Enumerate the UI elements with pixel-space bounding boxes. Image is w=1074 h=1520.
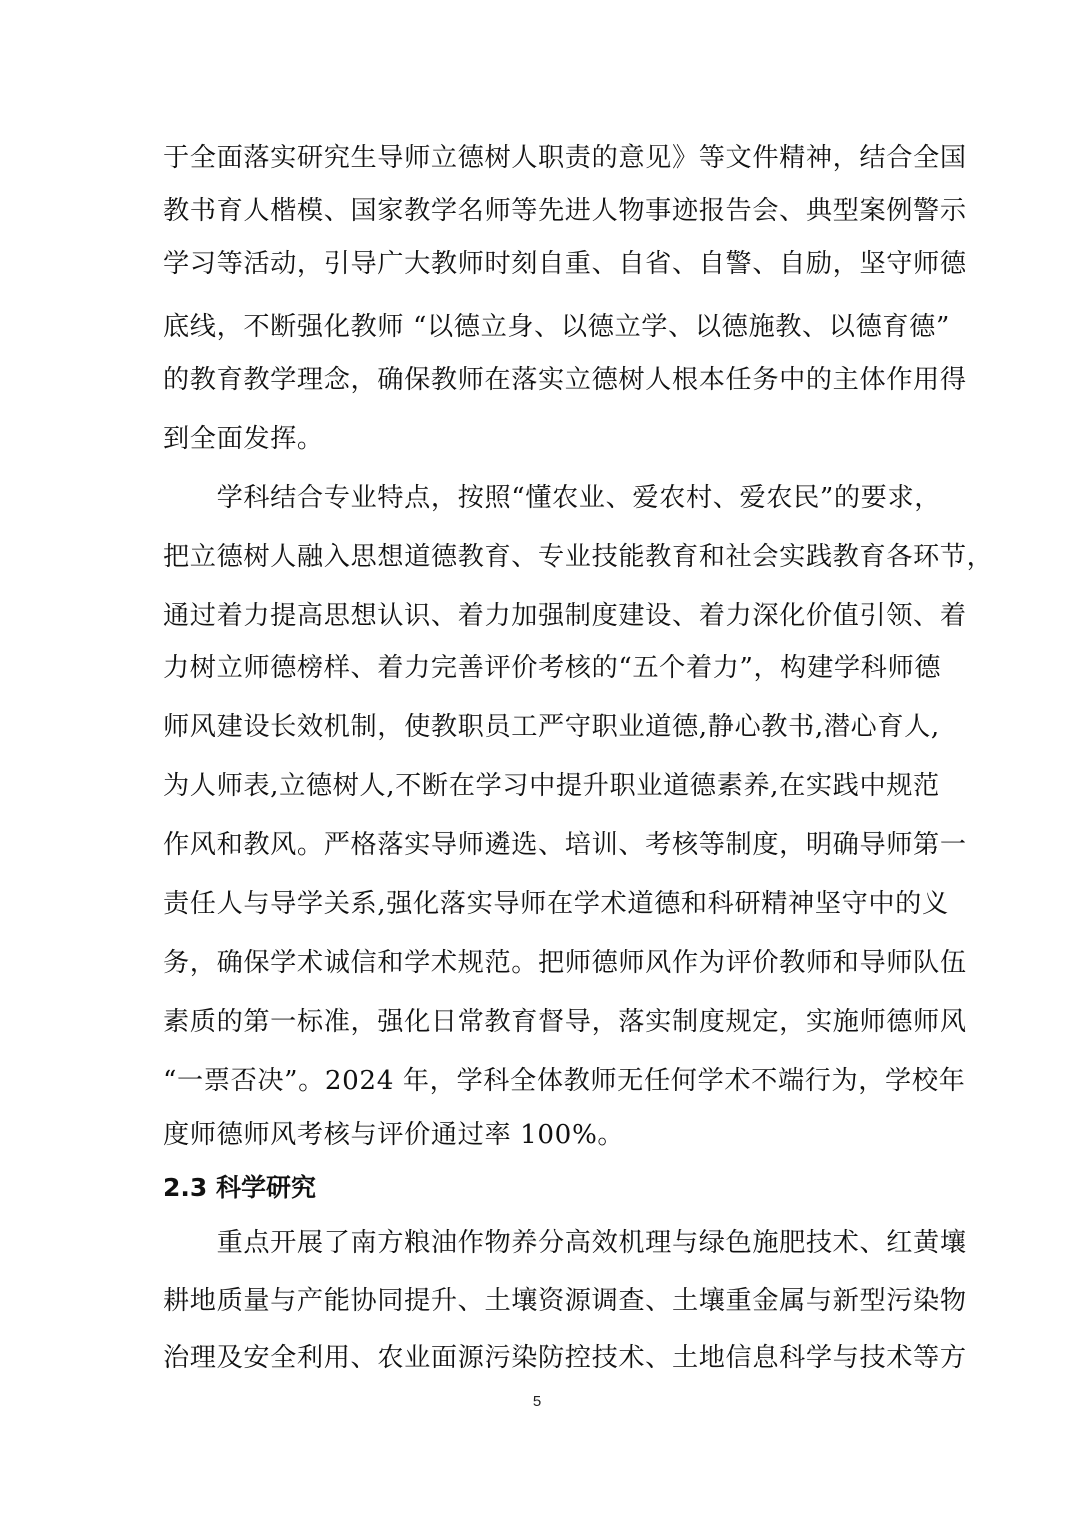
paragraph-line: “一票否决”。2024 年，学科全体教师无任何学术不端行为，学校年 bbox=[163, 1061, 915, 1101]
paragraph-line: 务，确保学术诚信和学术规范。把师德师风作为评价教师和导师队伍 bbox=[163, 943, 915, 983]
paragraph-line: 师风建设长效机制，使教职员工严守职业道德,静心教书,潜心育人, bbox=[163, 707, 915, 747]
paragraph-line: 的教育教学理念，确保教师在落实立德树人根本任务中的主体作用得 bbox=[163, 360, 915, 400]
page-number: 5 bbox=[0, 1393, 1074, 1410]
section-heading: 2.3 科学研究 bbox=[163, 1168, 915, 1208]
paragraph-line: 耕地质量与产能协同提升、土壤资源调查、土壤重金属与新型污染物 bbox=[163, 1281, 915, 1321]
paragraph-line: 重点开展了南方粮油作物养分高效机理与绿色施肥技术、红黄壤 bbox=[163, 1223, 915, 1263]
paragraph-line: 到全面发挥。 bbox=[163, 419, 915, 459]
paragraph-line: 力树立师德榜样、着力完善评价考核的“五个着力”，构建学科师德 bbox=[163, 648, 915, 688]
paragraph-line: 作风和教风。严格落实导师遴选、培训、考核等制度，明确导师第一 bbox=[163, 825, 915, 865]
paragraph-line: 教书育人楷模、国家教学名师等先进人物事迹报告会、典型案例警示 bbox=[163, 191, 915, 231]
paragraph-line: 学习等活动，引导广大教师时刻自重、自省、自警、自励，坚守师德 bbox=[163, 244, 915, 284]
paragraph-line: 通过着力提高思想认识、着力加强制度建设、着力深化价值引领、着 bbox=[163, 596, 915, 636]
paragraph-line: 治理及安全利用、农业面源污染防控技术、土地信息科学与技术等方 bbox=[163, 1338, 915, 1378]
paragraph-line: 度师德师风考核与评价通过率 100%。 bbox=[163, 1115, 915, 1155]
paragraph-line: 素质的第一标准，强化日常教育督导，落实制度规定，实施师德师风 bbox=[163, 1002, 915, 1042]
paragraph-line: 责任人与导学关系,强化落实导师在学术道德和科研精神坚守中的义 bbox=[163, 884, 915, 924]
paragraph-line: 底线，不断强化教师 “以德立身、以德立学、以德施教、以德育德” bbox=[163, 307, 915, 347]
paragraph-line: 把立德树人融入思想道德教育、专业技能教育和社会实践教育各环节， bbox=[163, 537, 915, 577]
document-page: 于全面落实研究生导师立德树人职责的意见》等文件精神，结合全国 教书育人楷模、国家… bbox=[0, 0, 1074, 1520]
paragraph-line: 于全面落实研究生导师立德树人职责的意见》等文件精神，结合全国 bbox=[163, 138, 915, 178]
paragraph-line: 为人师表,立德树人,不断在学习中提升职业道德素养,在实践中规范 bbox=[163, 766, 915, 806]
paragraph-line: 学科结合专业特点，按照“懂农业、爱农村、爱农民”的要求， bbox=[163, 478, 915, 518]
